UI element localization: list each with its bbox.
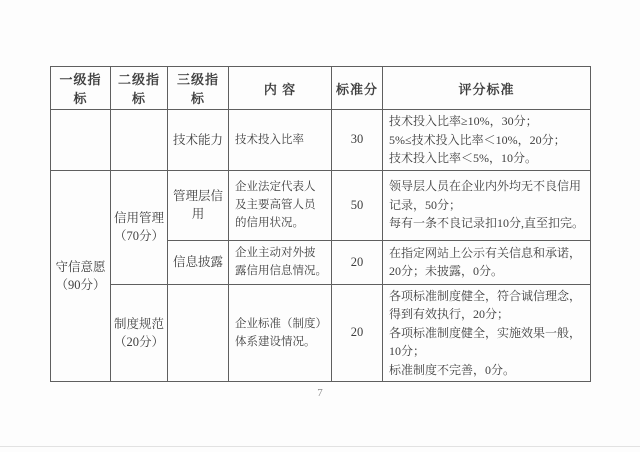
cell-row2-content: 企业法定代表人 及主要高管人员 的信用状况。 [229, 170, 332, 240]
cell-row1-level1-empty [51, 110, 111, 171]
cell-row3-criteria: 在指定网站上公示有关信息和承诺， 20分；未披露，0分。 [383, 240, 591, 284]
cell-level2-zhidu-guifan: 制度规范 （20分） [111, 284, 168, 382]
header-scoring-criteria: 评分标准 [383, 67, 591, 110]
cell-row4-level3-empty [168, 284, 229, 382]
header-standard-score: 标准分 [332, 67, 383, 110]
cell-row1-content: 技术投入比率 [229, 110, 332, 171]
cell-row4-score: 20 [332, 284, 383, 382]
table-header-row: 一级指标 二级指标 三级指标 内 容 标准分 评分标准 [51, 67, 591, 110]
cell-row1-criteria: 技术投入比率≥10%，30分； 5%≤技术投入比率＜10%，20分； 技术投入比… [383, 110, 591, 171]
scanned-document-page: 一级指标 二级指标 三级指标 内 容 标准分 评分标准 技术能力 技术投入比率 … [0, 0, 640, 452]
cell-row1-level3: 技术能力 [168, 110, 229, 171]
cell-level2-xinyong-guanli: 信用管理 （70分） [111, 170, 168, 284]
header-level3-indicator: 三级指标 [168, 67, 229, 110]
cell-row4-criteria: 各项标准制度健全，符合诚信理念， 得到有效执行，20分； 各项标准制度健全，实施… [383, 284, 591, 382]
table-row: 技术能力 技术投入比率 30 技术投入比率≥10%，30分； 5%≤技术投入比率… [51, 110, 591, 171]
cell-row3-score: 20 [332, 240, 383, 284]
cell-row1-score: 30 [332, 110, 383, 171]
cell-row2-score: 50 [332, 170, 383, 240]
table-row: 守信意愿 （90分） 信用管理 （70分） 管理层信 用 企业法定代表人 及主要… [51, 170, 591, 240]
header-content: 内 容 [229, 67, 332, 110]
cell-row2-level3: 管理层信 用 [168, 170, 229, 240]
table-row: 制度规范 （20分） 企业标准（制度） 体系建设情况。 20 各项标准制度健全，… [51, 284, 591, 382]
cell-row3-content: 企业主动对外披 露信用信息情况。 [229, 240, 332, 284]
scan-edge-line [0, 446, 640, 447]
cell-row1-level2-empty [111, 110, 168, 171]
cell-row3-level3: 信息披露 [168, 240, 229, 284]
cell-row4-content: 企业标准（制度） 体系建设情况。 [229, 284, 332, 382]
page-number: 7 [0, 387, 640, 399]
cell-level1-shouxin-yiyuan: 守信意愿 （90分） [51, 170, 111, 382]
scoring-criteria-table: 一级指标 二级指标 三级指标 内 容 标准分 评分标准 技术能力 技术投入比率 … [50, 66, 591, 382]
header-level2-indicator: 二级指标 [111, 67, 168, 110]
cell-row2-criteria: 领导层人员在企业内外均无不良信用 记录，50分； 每有一条不良记录扣10分,直至… [383, 170, 591, 240]
header-level1-indicator: 一级指标 [51, 67, 111, 110]
